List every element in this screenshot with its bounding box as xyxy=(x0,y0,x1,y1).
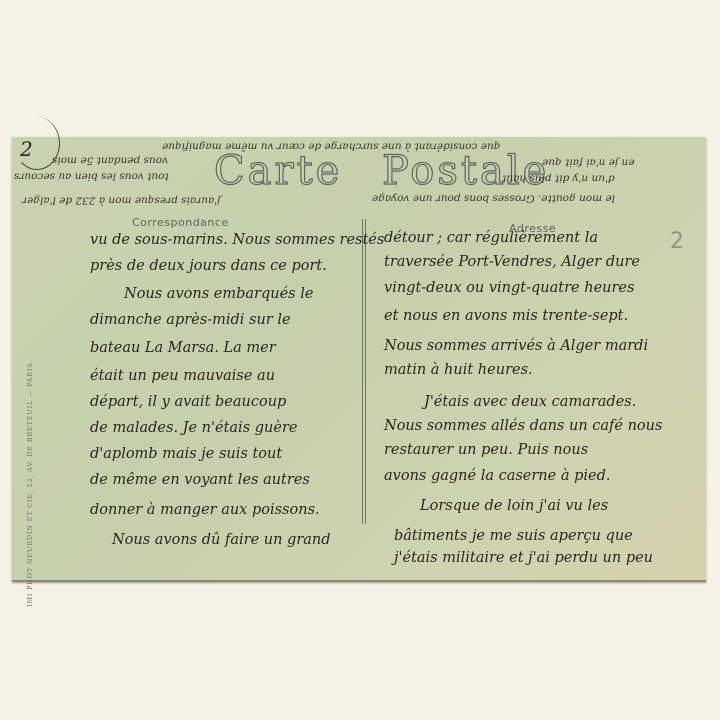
message-line-left: bateau La Marsa. La mer xyxy=(90,341,276,356)
message-line-right: restaurer un peu. Puis nous xyxy=(384,443,588,458)
message-line-left: dimanche après-midi sur le xyxy=(90,313,291,328)
message-line-right: détour ; car régulièrement la xyxy=(384,231,598,246)
message-line-right: Lorsque de loin j'ai vu les xyxy=(420,499,608,514)
message-line-left: était un peu mauvaise au xyxy=(90,369,275,384)
correspondence-label: Correspondance xyxy=(132,216,229,229)
upside-down-line: en je n'ai fait que xyxy=(542,157,635,168)
message-line-right: vingt-deux ou vingt-quatre heures xyxy=(384,281,634,296)
message-line-right: Nous sommes arrivés à Alger mardi xyxy=(384,339,648,354)
upside-down-line: le mon goutte. Grosses bons pour une voy… xyxy=(372,193,615,204)
upside-down-line: tout vous les bien au secours xyxy=(14,171,169,182)
upside-down-line: d'un n'y dit plus haut xyxy=(502,173,615,184)
title-carte: Carte xyxy=(214,151,342,191)
message-line-left: d'aplomb mais je suis tout xyxy=(90,447,282,462)
message-line-left: de même en voyant les autres xyxy=(90,473,310,488)
upside-down-line: que considérant à une surcharge de cœur … xyxy=(162,141,500,152)
upside-down-line: vous pendant 5e mois xyxy=(52,155,168,166)
message-line-right: bâtiments je me suis aperçu que xyxy=(394,529,633,544)
postcard-back: 2 Carte Postale que considérant à une su… xyxy=(12,137,706,582)
message-line-right: et nous en avons mis trente-sept. xyxy=(384,309,628,324)
printer-imprint: IMI PHOT NEURDIN ET CIE, 52, AV. DE BRET… xyxy=(26,360,34,607)
message-line-right: j'étais militaire et j'ai perdu un peu xyxy=(394,551,653,566)
message-line-left: vu de sous-marins. Nous sommes restés xyxy=(90,233,384,248)
page-number: 2 xyxy=(20,139,33,159)
message-line-right: traversée Port-Vendres, Alger dure xyxy=(384,255,640,270)
message-line-right: avons gagné la caserne à pied. xyxy=(384,469,610,484)
upside-down-line: j'aurais presque mon à 232 de l'alger xyxy=(22,195,220,206)
message-line-right: Nous sommes allés dans un café nous xyxy=(384,419,662,434)
message-line-left: départ, il y avait beaucoup xyxy=(90,395,286,410)
message-line-right: J'étais avec deux camarades. xyxy=(424,395,636,410)
message-line-left: Nous avons dû faire un grand xyxy=(112,533,331,548)
message-line-left: donner à manger aux poissons. xyxy=(90,503,320,518)
center-divider xyxy=(362,219,366,524)
message-line-left: de malades. Je n'étais guère xyxy=(90,421,297,436)
pencil-mark: 2 xyxy=(670,229,684,254)
message-line-left: près de deux jours dans ce port. xyxy=(90,259,327,274)
message-line-left: Nous avons embarqués le xyxy=(124,287,313,302)
title-postale: Postale xyxy=(382,151,549,191)
message-line-right: matin à huit heures. xyxy=(384,363,533,378)
